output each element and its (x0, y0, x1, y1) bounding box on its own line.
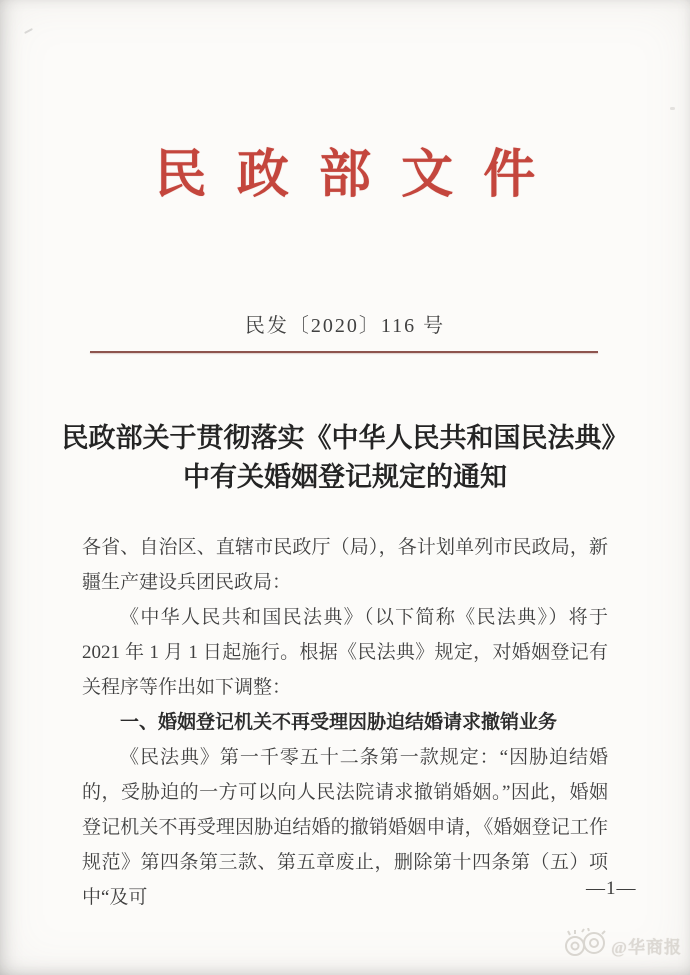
document-letterhead: 民政部文件 (0, 146, 690, 206)
document-page: 民政部文件 民发〔2020〕116 号 民政部关于贯彻落实《中华人民共和国民法典… (0, 0, 690, 975)
scan-artifact (24, 28, 33, 34)
scan-artifact (670, 107, 675, 110)
document-title: 民政部关于贯彻落实《中华人民共和国民法典》 中有关婚姻登记规定的通知 (40, 419, 650, 497)
paragraph-section-1-body: 《民法典》第一千零五十二条第一款规定：“因胁迫结婚的，受胁迫的一方可以向人民法院… (82, 740, 608, 915)
watermark: @华商报 (562, 928, 682, 963)
weibo-logo-icon (562, 928, 608, 963)
section-heading-1: 一、婚姻登记机关不再受理因胁迫结婚请求撤销业务 (82, 705, 608, 740)
paragraph-recipients: 各省、自治区、直辖市民政厅（局），各计划单列市民政局，新疆生产建设兵团民政局： (82, 530, 608, 600)
document-title-line2: 中有关婚姻登记规定的通知 (40, 458, 650, 497)
document-body: 各省、自治区、直辖市民政厅（局），各计划单列市民政局，新疆生产建设兵团民政局： … (82, 530, 608, 915)
paragraph-intro: 《中华人民共和国民法典》（以下简称《民法典》）将于 2021 年 1 月 1 日… (82, 600, 608, 705)
page-number: —1— (586, 878, 637, 900)
divider-line (90, 351, 598, 353)
watermark-handle: @华商报 (611, 933, 682, 958)
document-title-line1: 民政部关于贯彻落实《中华人民共和国民法典》 (40, 419, 650, 458)
document-number: 民发〔2020〕116 号 (0, 313, 690, 339)
